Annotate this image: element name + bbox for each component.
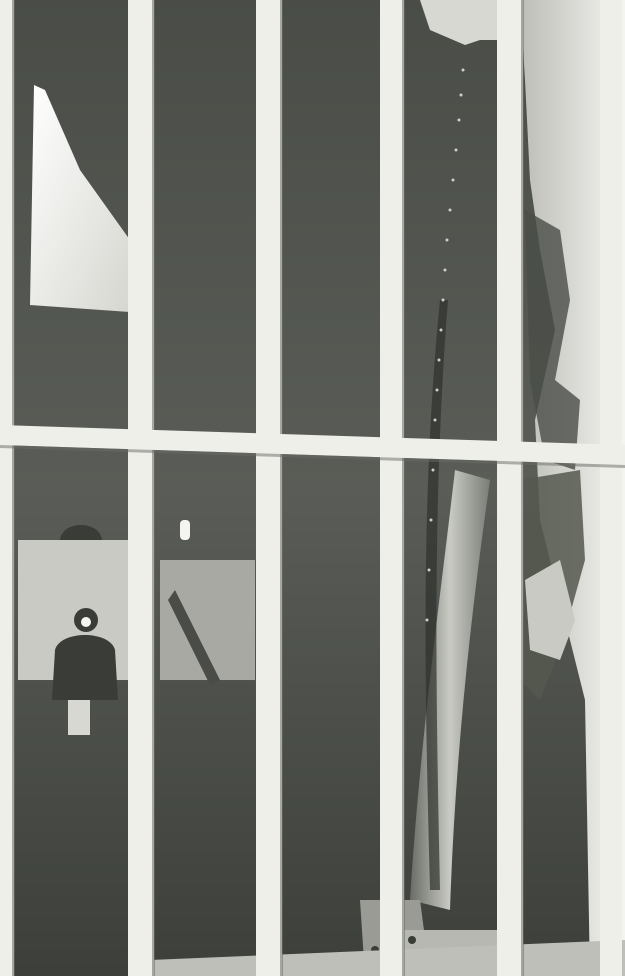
film-grain	[0, 0, 625, 976]
barred-window-photo: Black-and-white photograph of a weathere…	[0, 0, 625, 976]
photo-scene	[0, 0, 625, 976]
